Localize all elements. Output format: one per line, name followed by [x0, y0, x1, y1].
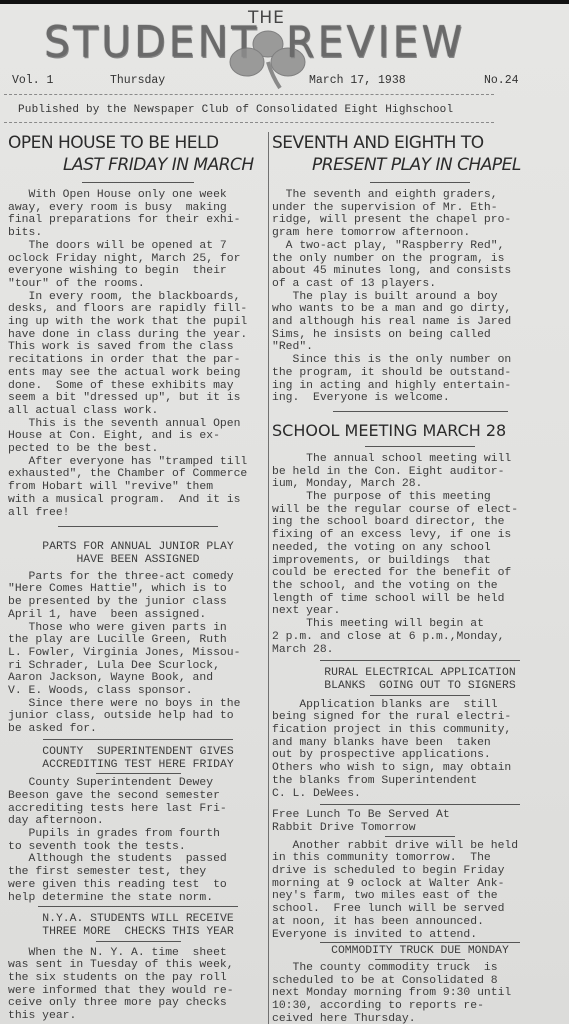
headline-rule [370, 182, 470, 183]
article-body: County Superintendent Dewey Beeson gave … [8, 777, 268, 904]
article-body: The annual school meeting will be held i… [272, 453, 568, 656]
publisher-divider [4, 122, 494, 123]
article-body: Parts for the three-act comedy "Here Com… [8, 571, 268, 736]
article-divider [320, 804, 520, 805]
headline: PARTS FOR ANNUAL JUNIOR PLAY HAVE BEEN A… [8, 541, 268, 566]
right-column: SEVENTH AND EIGHTH TO PRESENT PLAY IN CH… [272, 132, 568, 1024]
article-body: The seventh and eighth graders, under th… [272, 189, 568, 405]
headline-rule [96, 941, 181, 942]
masthead-the: THE [248, 8, 285, 28]
article-commodity-truck: COMMODITY TRUCK DUE MONDAY The county co… [272, 945, 568, 1024]
article-rural-electrical: RURAL ELECTRICAL APPLICATION BLANKS GOIN… [272, 667, 568, 805]
masthead-divider [4, 94, 494, 95]
headline: COMMODITY TRUCK DUE MONDAY [272, 945, 568, 958]
article-open-house: OPEN HOUSE TO BE HELD LAST FRIDAY IN MAR… [8, 132, 268, 527]
article-body: The county commodity truck is scheduled … [272, 962, 568, 1024]
article-school-meeting: SCHOOL MEETING MARCH 28 The annual schoo… [272, 420, 568, 661]
issue-number: No.24 [484, 74, 519, 87]
article-body: Application blanks are still being signe… [272, 699, 568, 801]
volume: Vol. 1 [12, 74, 53, 87]
headline: SCHOOL MEETING MARCH 28 [272, 420, 568, 442]
headline: COUNTY SUPERINTENDENT GIVES ACCREDITING … [8, 746, 268, 771]
headline: SEVENTH AND EIGHTH TO [272, 132, 568, 154]
headline-rule [375, 959, 465, 960]
headline-line-2: LAST FRIDAY IN MARCH [8, 154, 268, 176]
article-rabbit-drive: Free Lunch To Be Served At Rabbit Drive … [272, 809, 568, 943]
article-nya-students: N.Y.A. STUDENTS WILL RECEIVE THREE MORE … [8, 913, 268, 1023]
masthead: STUDENT THE REVIEW Vol. 1 Thursday March… [0, 4, 569, 84]
headline-rule [385, 836, 455, 837]
headline-rule [370, 695, 470, 696]
article-body: When the N. Y. A. time sheet was sent in… [8, 947, 268, 1023]
headline-rule [82, 182, 194, 183]
headline: Free Lunch To Be Served At Rabbit Drive … [272, 809, 568, 834]
headline: RURAL ELECTRICAL APPLICATION BLANKS GOIN… [272, 667, 568, 692]
article-divider [320, 660, 520, 661]
article-divider [333, 411, 508, 412]
article-body: With Open House only one week away, ever… [8, 189, 268, 519]
headline-rule [365, 446, 475, 447]
left-column: OPEN HOUSE TO BE HELD LAST FRIDAY IN MAR… [8, 132, 268, 1023]
article-body: Another rabbit drive will be held in thi… [272, 840, 568, 942]
publisher-line: Published by the Newspaper Club of Conso… [18, 104, 453, 116]
issue-date: March 17, 1938 [309, 74, 406, 87]
masthead-title-left: STUDENT [44, 17, 259, 67]
article-divider [320, 942, 520, 943]
article-chapel-play: SEVENTH AND EIGHTH TO PRESENT PLAY IN CH… [272, 132, 568, 412]
masthead-title-right: REVIEW [286, 17, 465, 67]
headline-rule [96, 773, 181, 774]
issue-day: Thursday [110, 74, 165, 87]
headline-line-2: PRESENT PLAY IN CHAPEL [272, 154, 568, 176]
column-divider [268, 132, 269, 1024]
article-divider [38, 906, 238, 907]
headline: N.Y.A. STUDENTS WILL RECEIVE THREE MORE … [8, 913, 268, 938]
article-divider [43, 739, 233, 740]
article-accrediting-test: COUNTY SUPERINTENDENT GIVES ACCREDITING … [8, 746, 268, 907]
newspaper-page: STUDENT THE REVIEW Vol. 1 Thursday March… [0, 4, 569, 1024]
headline: OPEN HOUSE TO BE HELD [8, 132, 268, 154]
article-divider [58, 526, 218, 527]
article-junior-play: PARTS FOR ANNUAL JUNIOR PLAY HAVE BEEN A… [8, 541, 268, 740]
